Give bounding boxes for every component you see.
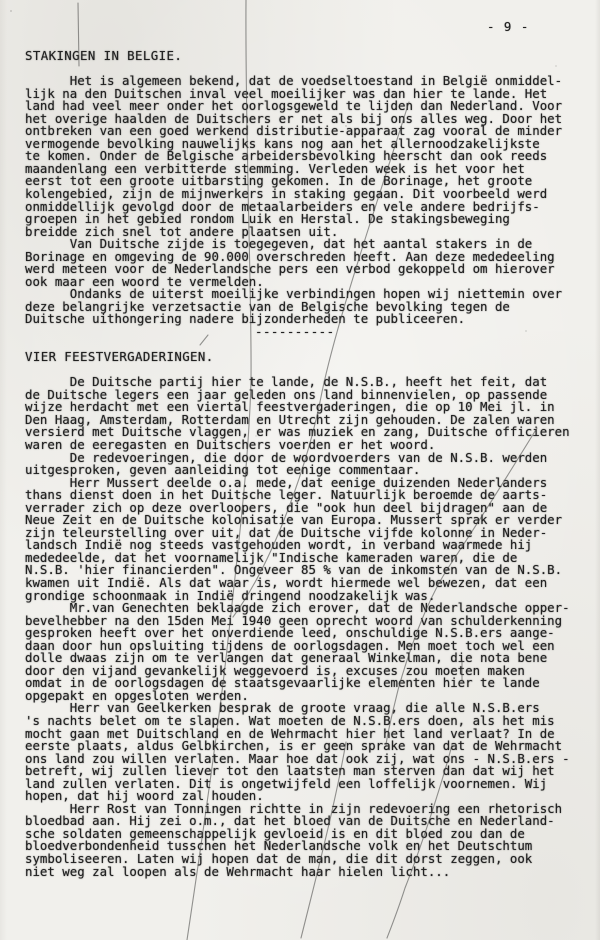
page-content: STAKINGEN IN BELGIE. Het is algemeen bek… [25, 50, 585, 878]
section-2-body: De Duitsche partij hier te lande, de N.S… [25, 376, 585, 878]
section-1-heading: STAKINGEN IN BELGIE. [25, 50, 585, 63]
section-separator-dashes: ---------- [25, 326, 585, 339]
section-1-body: Het is algemeen bekend, dat de voedselto… [25, 75, 585, 326]
scanned-typewritten-page: - 9 - STAKINGEN IN BELGIE. Het is algeme… [0, 0, 600, 940]
section-2-heading: VIER FEESTVERGADERINGEN. [25, 351, 585, 364]
page-number: - 9 - [487, 21, 529, 34]
paper-specks [10, 10, 12, 12]
